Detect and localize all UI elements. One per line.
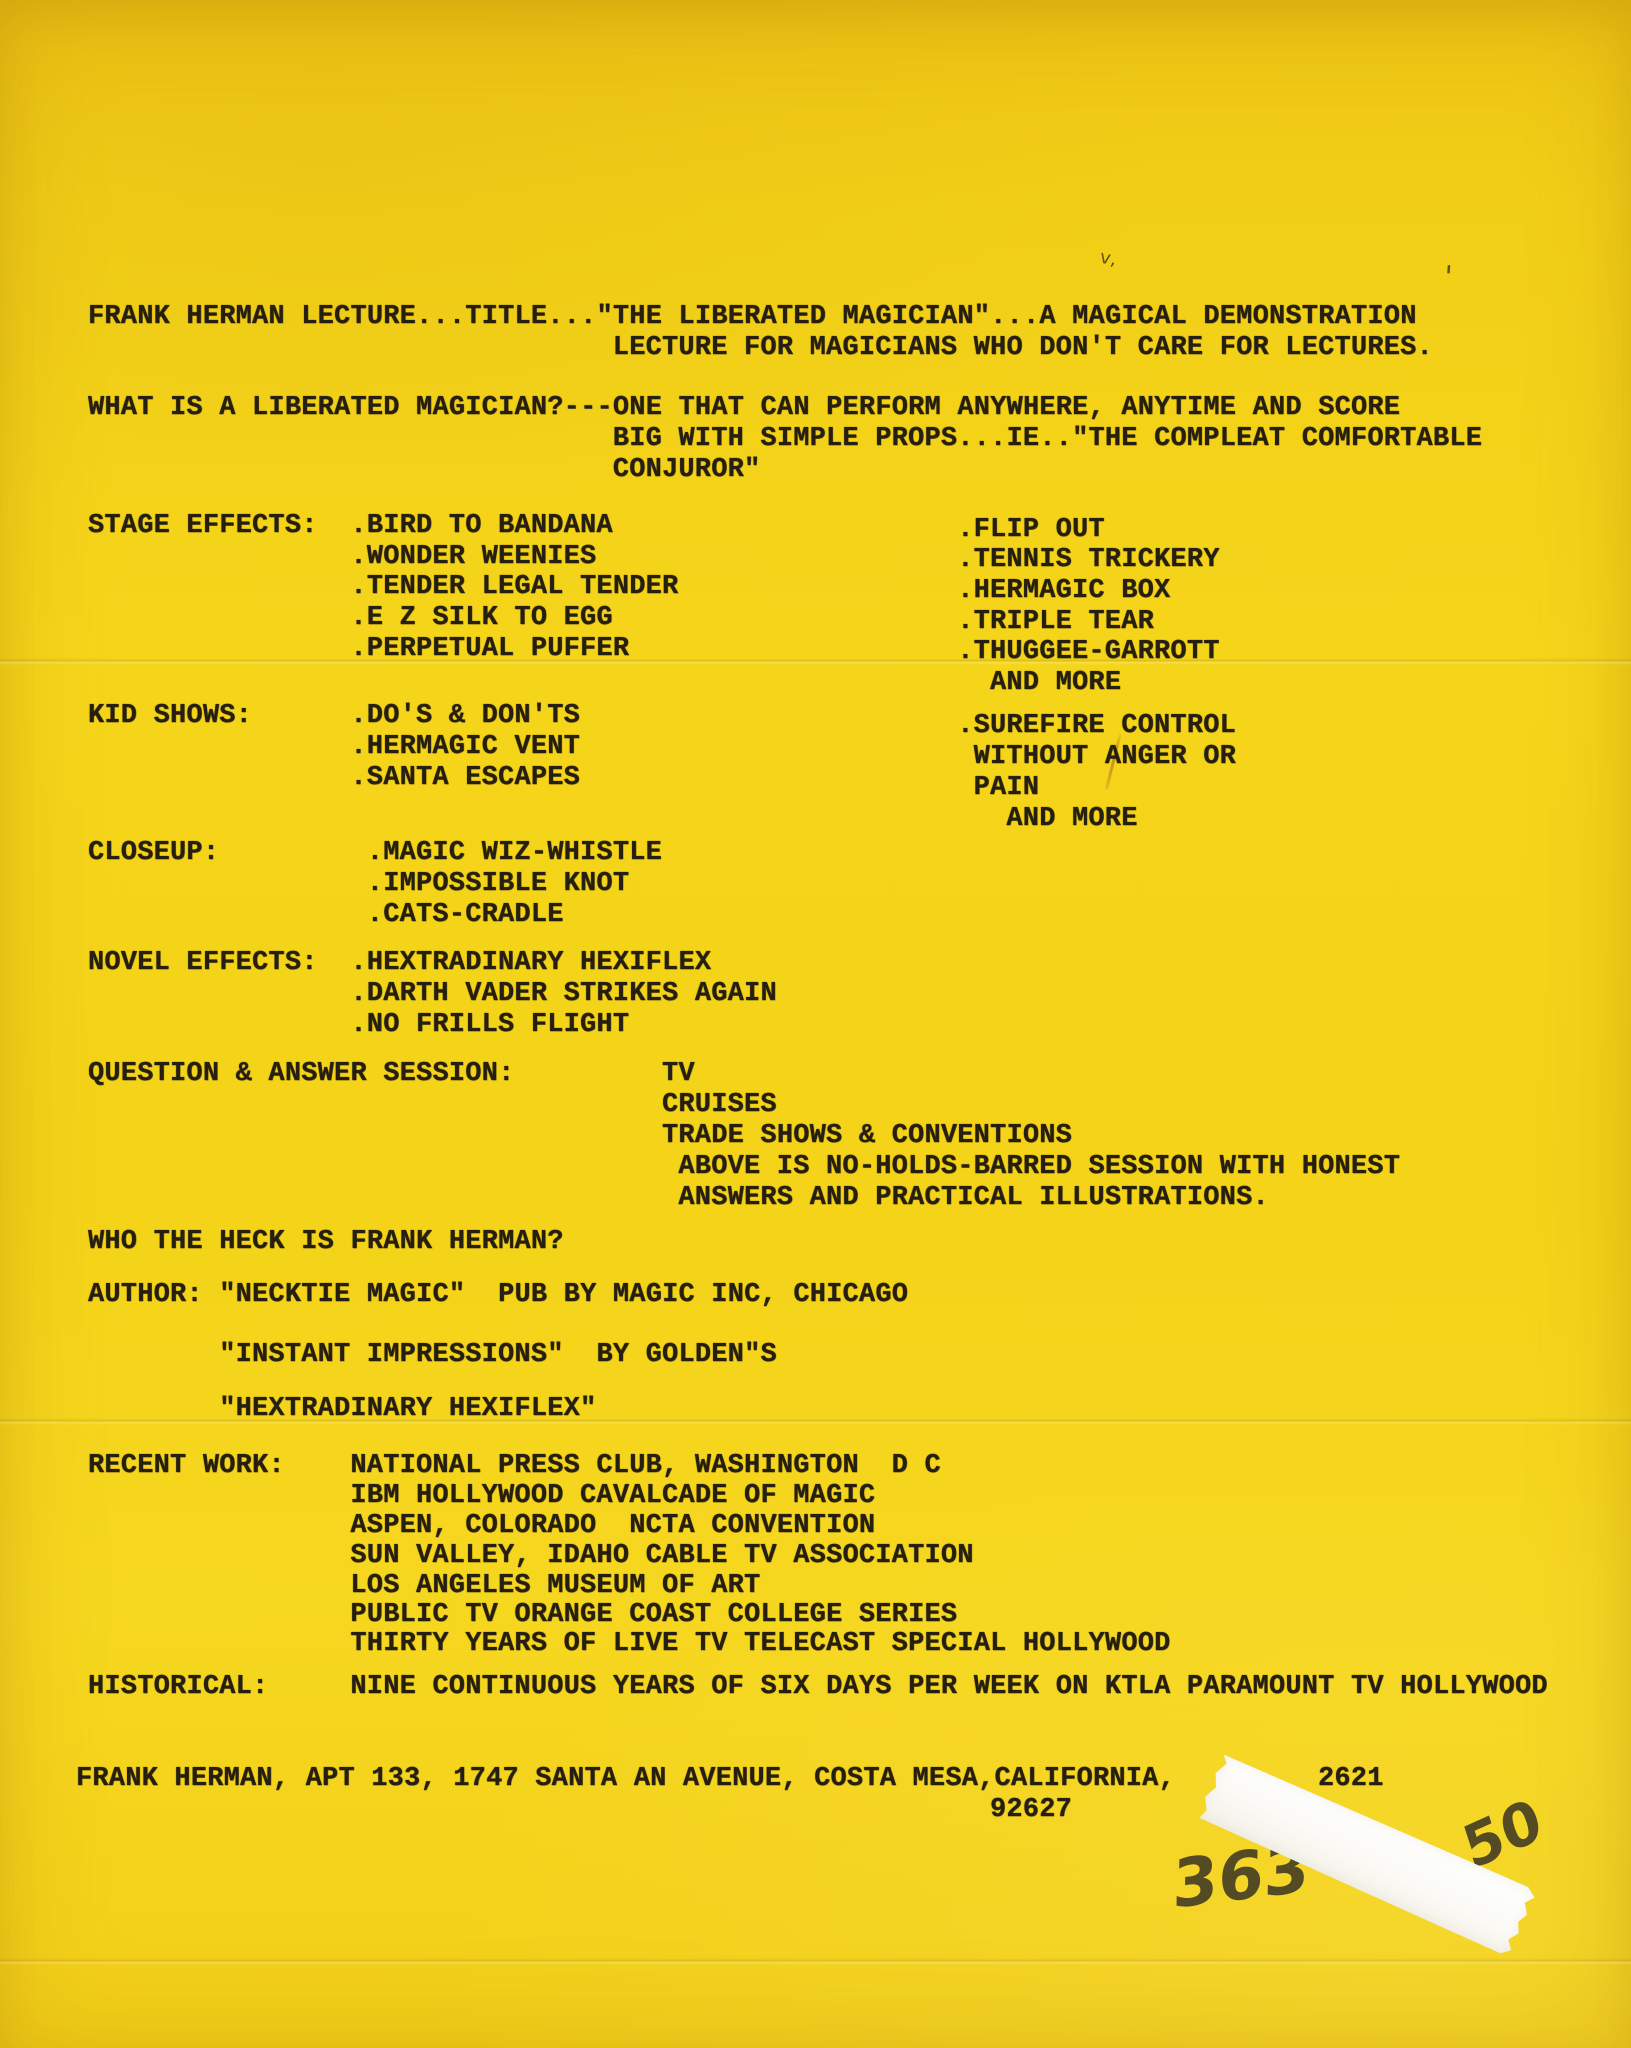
question-answer-session-line: QUESTION & ANSWER SESSION: (88, 1061, 514, 1088)
who-is-frank-herman-line: WHO THE HECK IS FRANK HERMAN? (88, 1229, 564, 1256)
stage-effects-line: AND MORE (990, 670, 1121, 697)
closeup-line: CLOSEUP: (88, 840, 219, 867)
what-is-line: WHAT IS A LIBERATED MAGICIAN?---ONE THAT… (88, 395, 1400, 422)
stage-effects-line: .TENNIS TRICKERY (957, 547, 1219, 574)
kid-shows-line: .DO'S & DON'TS (350, 703, 580, 730)
title-line: FRANK HERMAN LECTURE...TITLE..."THE LIBE… (88, 304, 1417, 331)
contact-line: 2621 (1318, 1766, 1384, 1793)
stage-effects-line: .PERPETUAL PUFFER (350, 636, 629, 663)
historical-line: HISTORICAL: (88, 1674, 268, 1701)
recent-work-line: SUN VALLEY, IDAHO CABLE TV ASSOCIATION (350, 1543, 973, 1570)
contact-line: FRANK HERMAN, APT 133, 1747 SANTA AN AVE… (76, 1766, 1175, 1793)
novel-effects-line: .HEXTRADINARY HEXIFLEX (350, 950, 711, 977)
stage-effects-line: .TENDER LEGAL TENDER (350, 574, 678, 601)
scanned-document-page: { "page": { "paper_color": "#f3d017", "i… (0, 0, 1631, 2048)
closeup-line: .CATS-CRADLE (367, 902, 564, 929)
recent-work-line: RECENT WORK: (88, 1453, 285, 1480)
stage-effects-line: .WONDER WEENIES (350, 544, 596, 571)
recent-work-line: IBM HOLLYWOOD CAVALCADE OF MAGIC (350, 1483, 875, 1510)
recent-work-line: THIRTY YEARS OF LIVE TV TELECAST SPECIAL… (350, 1631, 1170, 1658)
question-answer-session-line: ANSWERS AND PRACTICAL ILLUSTRATIONS. (678, 1185, 1269, 1212)
kid-shows-line: AND MORE (1006, 806, 1137, 833)
kid-shows-line: PAIN (974, 775, 1040, 802)
kid-shows-line: KID SHOWS: (88, 703, 252, 730)
title-line: LECTURE FOR MAGICIANS WHO DON'T CARE FOR… (613, 335, 1433, 362)
novel-effects-line: .NO FRILLS FLIGHT (350, 1012, 629, 1039)
kid-shows-line: WITHOUT ANGER OR (974, 744, 1236, 771)
kid-shows-line: .HERMAGIC VENT (350, 734, 580, 761)
author-line: "HEXTRADINARY HEXIFLEX" (219, 1396, 596, 1423)
closeup-line: .IMPOSSIBLE KNOT (367, 871, 629, 898)
stage-effects-line: .TRIPLE TEAR (957, 609, 1154, 636)
closeup-line: .MAGIC WIZ-WHISTLE (367, 840, 662, 867)
stage-effects-line: .HERMAGIC BOX (957, 578, 1170, 605)
author-line: "INSTANT IMPRESSIONS" BY GOLDEN"S (219, 1342, 777, 1369)
novel-effects-line: NOVEL EFFECTS: (88, 950, 318, 977)
contact-line: 92627 (990, 1797, 1072, 1824)
what-is-line: BIG WITH SIMPLE PROPS...IE.."THE COMPLEA… (613, 426, 1482, 453)
recent-work-line: NATIONAL PRESS CLUB, WASHINGTON D C (350, 1453, 941, 1480)
kid-shows-line: .SANTA ESCAPES (350, 765, 580, 792)
question-answer-session-line: CRUISES (662, 1092, 777, 1119)
novel-effects-line: .DARTH VADER STRIKES AGAIN (350, 981, 776, 1008)
stage-effects-line: .THUGGEE-GARROTT (957, 639, 1219, 666)
kid-shows-line: .SUREFIRE CONTROL (957, 713, 1236, 740)
question-answer-session-line: ABOVE IS NO-HOLDS-BARRED SESSION WITH HO… (678, 1154, 1400, 1181)
stage-effects-line: STAGE EFFECTS: (88, 513, 318, 540)
recent-work-line: PUBLIC TV ORANGE COAST COLLEGE SERIES (350, 1602, 957, 1629)
recent-work-line: LOS ANGELES MUSEUM OF ART (350, 1573, 760, 1600)
recent-work-line: ASPEN, COLORADO NCTA CONVENTION (350, 1513, 875, 1540)
question-answer-session-line: TRADE SHOWS & CONVENTIONS (662, 1123, 1072, 1150)
author-line: AUTHOR: "NECKTIE MAGIC" PUB BY MAGIC INC… (88, 1282, 908, 1309)
stage-effects-line: .FLIP OUT (957, 517, 1105, 544)
historical-line: NINE CONTINUOUS YEARS OF SIX DAYS PER WE… (350, 1674, 1547, 1701)
stage-effects-line: .BIRD TO BANDANA (350, 513, 612, 540)
stage-effects-line: .E Z SILK TO EGG (350, 605, 612, 632)
what-is-line: CONJUROR" (613, 457, 761, 484)
question-answer-session-line: TV (662, 1061, 695, 1088)
